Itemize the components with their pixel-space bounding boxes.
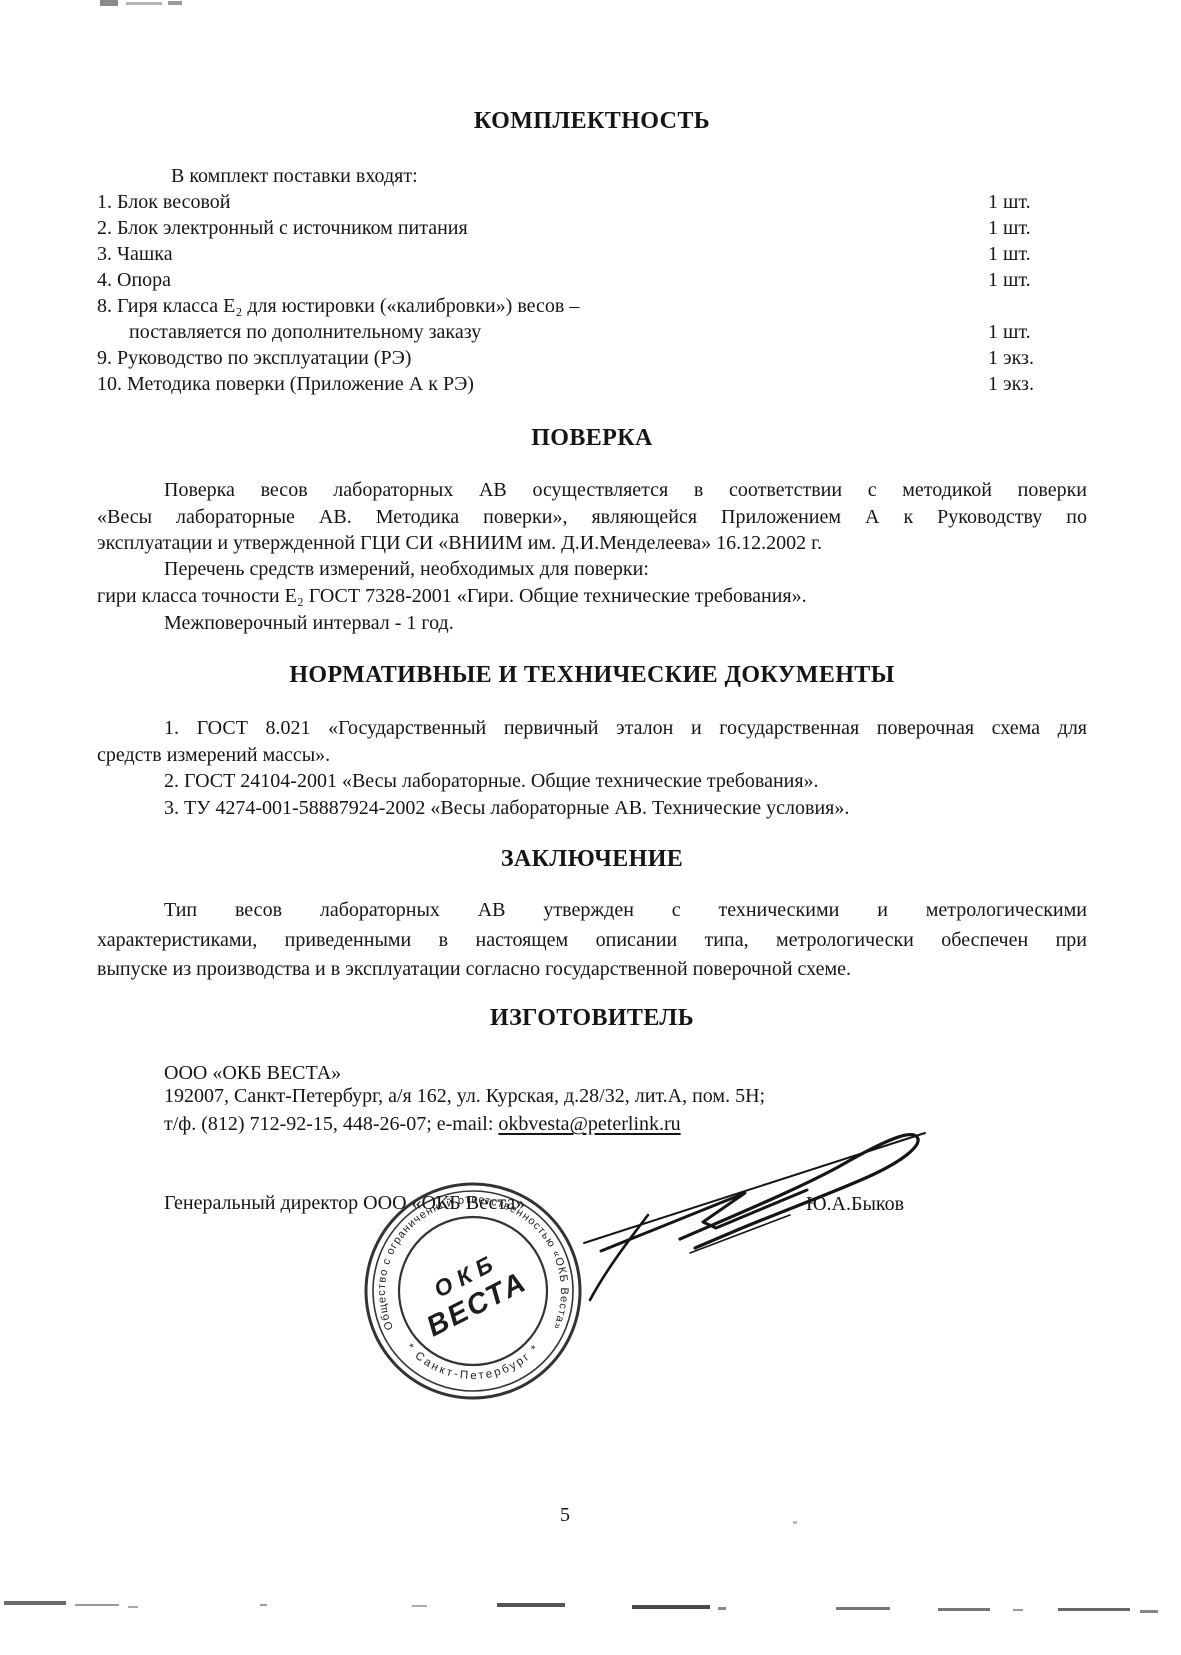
list-item: 1. Блок весовой 1 шт. [97,189,1087,215]
list-item: 9. Руководство по эксплуатации (РЭ) 1 эк… [97,345,1087,371]
item-qty: 1 шт. [988,319,1087,345]
verification-paragraph: Поверка весов лабораторных АВ осуществля… [97,477,1087,557]
scan-artifact [718,1607,726,1610]
scan-artifact [497,1603,565,1607]
scanned-document-page: КОМПЛЕКТНОСТЬ В комплект поставки входят… [0,0,1181,1655]
item-text: поставляется по дополнительному заказу [97,319,988,345]
scan-artifact [793,1521,797,1524]
scan-artifact [75,1604,119,1606]
handwritten-signature [545,1050,945,1310]
paragraph-line: средств измерений массы». [97,742,1087,769]
list-item: 4. Опора 1 шт. [97,267,1087,293]
scan-artifact [412,1605,427,1607]
paragraph-line: эксплуатации и утвержденной ГЦИ СИ «ВНИИ… [97,530,1087,557]
section-title-conclusion: ЗАКЛЮЧЕНИЕ [97,846,1087,872]
list-item: 8. Гиря класса Е₂ для юстировки («калибр… [97,293,1087,319]
scan-artifact [260,1604,267,1606]
section-title-completeness: КОМПЛЕКТНОСТЬ [97,108,1087,134]
item-text: 2. Блок электронный с источником питания [97,215,988,241]
page-number: 5 [560,1503,570,1527]
section-title-verification: ПОВЕРКА [97,425,1087,451]
item-text: 3. Чашка [97,241,988,267]
scan-artifact [632,1605,710,1609]
verification-line: Перечень средств измерений, необходимых … [97,556,1087,582]
item-qty: 1 экз. [988,371,1087,397]
item-qty: 1 шт. [988,189,1087,215]
list-item: 2. Блок электронный с источником питания… [97,215,1087,241]
verification-line: гири класса точности Е₂ ГОСТ 7328-2001 «… [97,583,1087,609]
item-text: 4. Опора [97,267,988,293]
paragraph-line: выпуске из производства и в эксплуатации… [97,955,1087,985]
scan-artifact [4,1601,66,1605]
scan-artifact [1140,1610,1158,1613]
item-qty: 1 шт. [988,267,1087,293]
conclusion-paragraph: Тип весов лабораторных АВ утвержден с те… [97,896,1087,985]
scan-artifact [836,1607,890,1610]
documents-paragraph: 1. ГОСТ 8.021 «Государственный первичный… [97,715,1087,768]
scan-artifact [938,1608,990,1611]
completeness-list: 1. Блок весовой 1 шт. 2. Блок электронны… [97,189,1087,397]
documents-line: 3. ТУ 4274-001-58887924-2002 «Весы лабор… [97,795,1087,821]
item-text: 10. Методика поверки (Приложение А к РЭ) [97,371,988,397]
item-qty: 1 шт. [988,215,1087,241]
scan-artifact [1058,1608,1130,1611]
scan-artifact [128,1606,138,1608]
item-text: 9. Руководство по эксплуатации (РЭ) [97,345,988,371]
paragraph-line: Тип весов лабораторных АВ утвержден с те… [97,896,1087,926]
document-content: КОМПЛЕКТНОСТЬ В комплект поставки входят… [97,0,1087,1655]
phone-text: т/ф. (812) 712-92-15, 448-26-07; e-mail: [164,1113,498,1135]
paragraph-line: Поверка весов лабораторных АВ осуществля… [97,477,1087,504]
paragraph-line: характеристиками, приведенными в настоящ… [97,926,1087,956]
list-item-continuation: поставляется по дополнительному заказу 1… [97,319,1087,345]
item-text: 8. Гиря класса Е₂ для юстировки («калибр… [97,293,1087,319]
list-item: 3. Чашка 1 шт. [97,241,1087,267]
item-qty: 1 экз. [988,345,1087,371]
completeness-intro: В комплект поставки входят: [97,163,1087,189]
list-item: 10. Методика поверки (Приложение А к РЭ)… [97,371,1087,397]
item-qty: 1 шт. [988,241,1087,267]
item-text: 1. Блок весовой [97,189,988,215]
section-title-documents: НОРМАТИВНЫЕ И ТЕХНИЧЕСКИЕ ДОКУМЕНТЫ [97,662,1087,688]
scan-artifact [1013,1609,1023,1611]
documents-line: 2. ГОСТ 24104-2001 «Весы лабораторные. О… [97,768,1087,794]
section-title-manufacturer: ИЗГОТОВИТЕЛЬ [97,1005,1087,1031]
verification-line: Межповерочный интервал - 1 год. [97,610,1087,636]
paragraph-line: 1. ГОСТ 8.021 «Государственный первичный… [97,715,1087,742]
paragraph-line: «Весы лабораторные АВ. Методика поверки»… [97,504,1087,531]
